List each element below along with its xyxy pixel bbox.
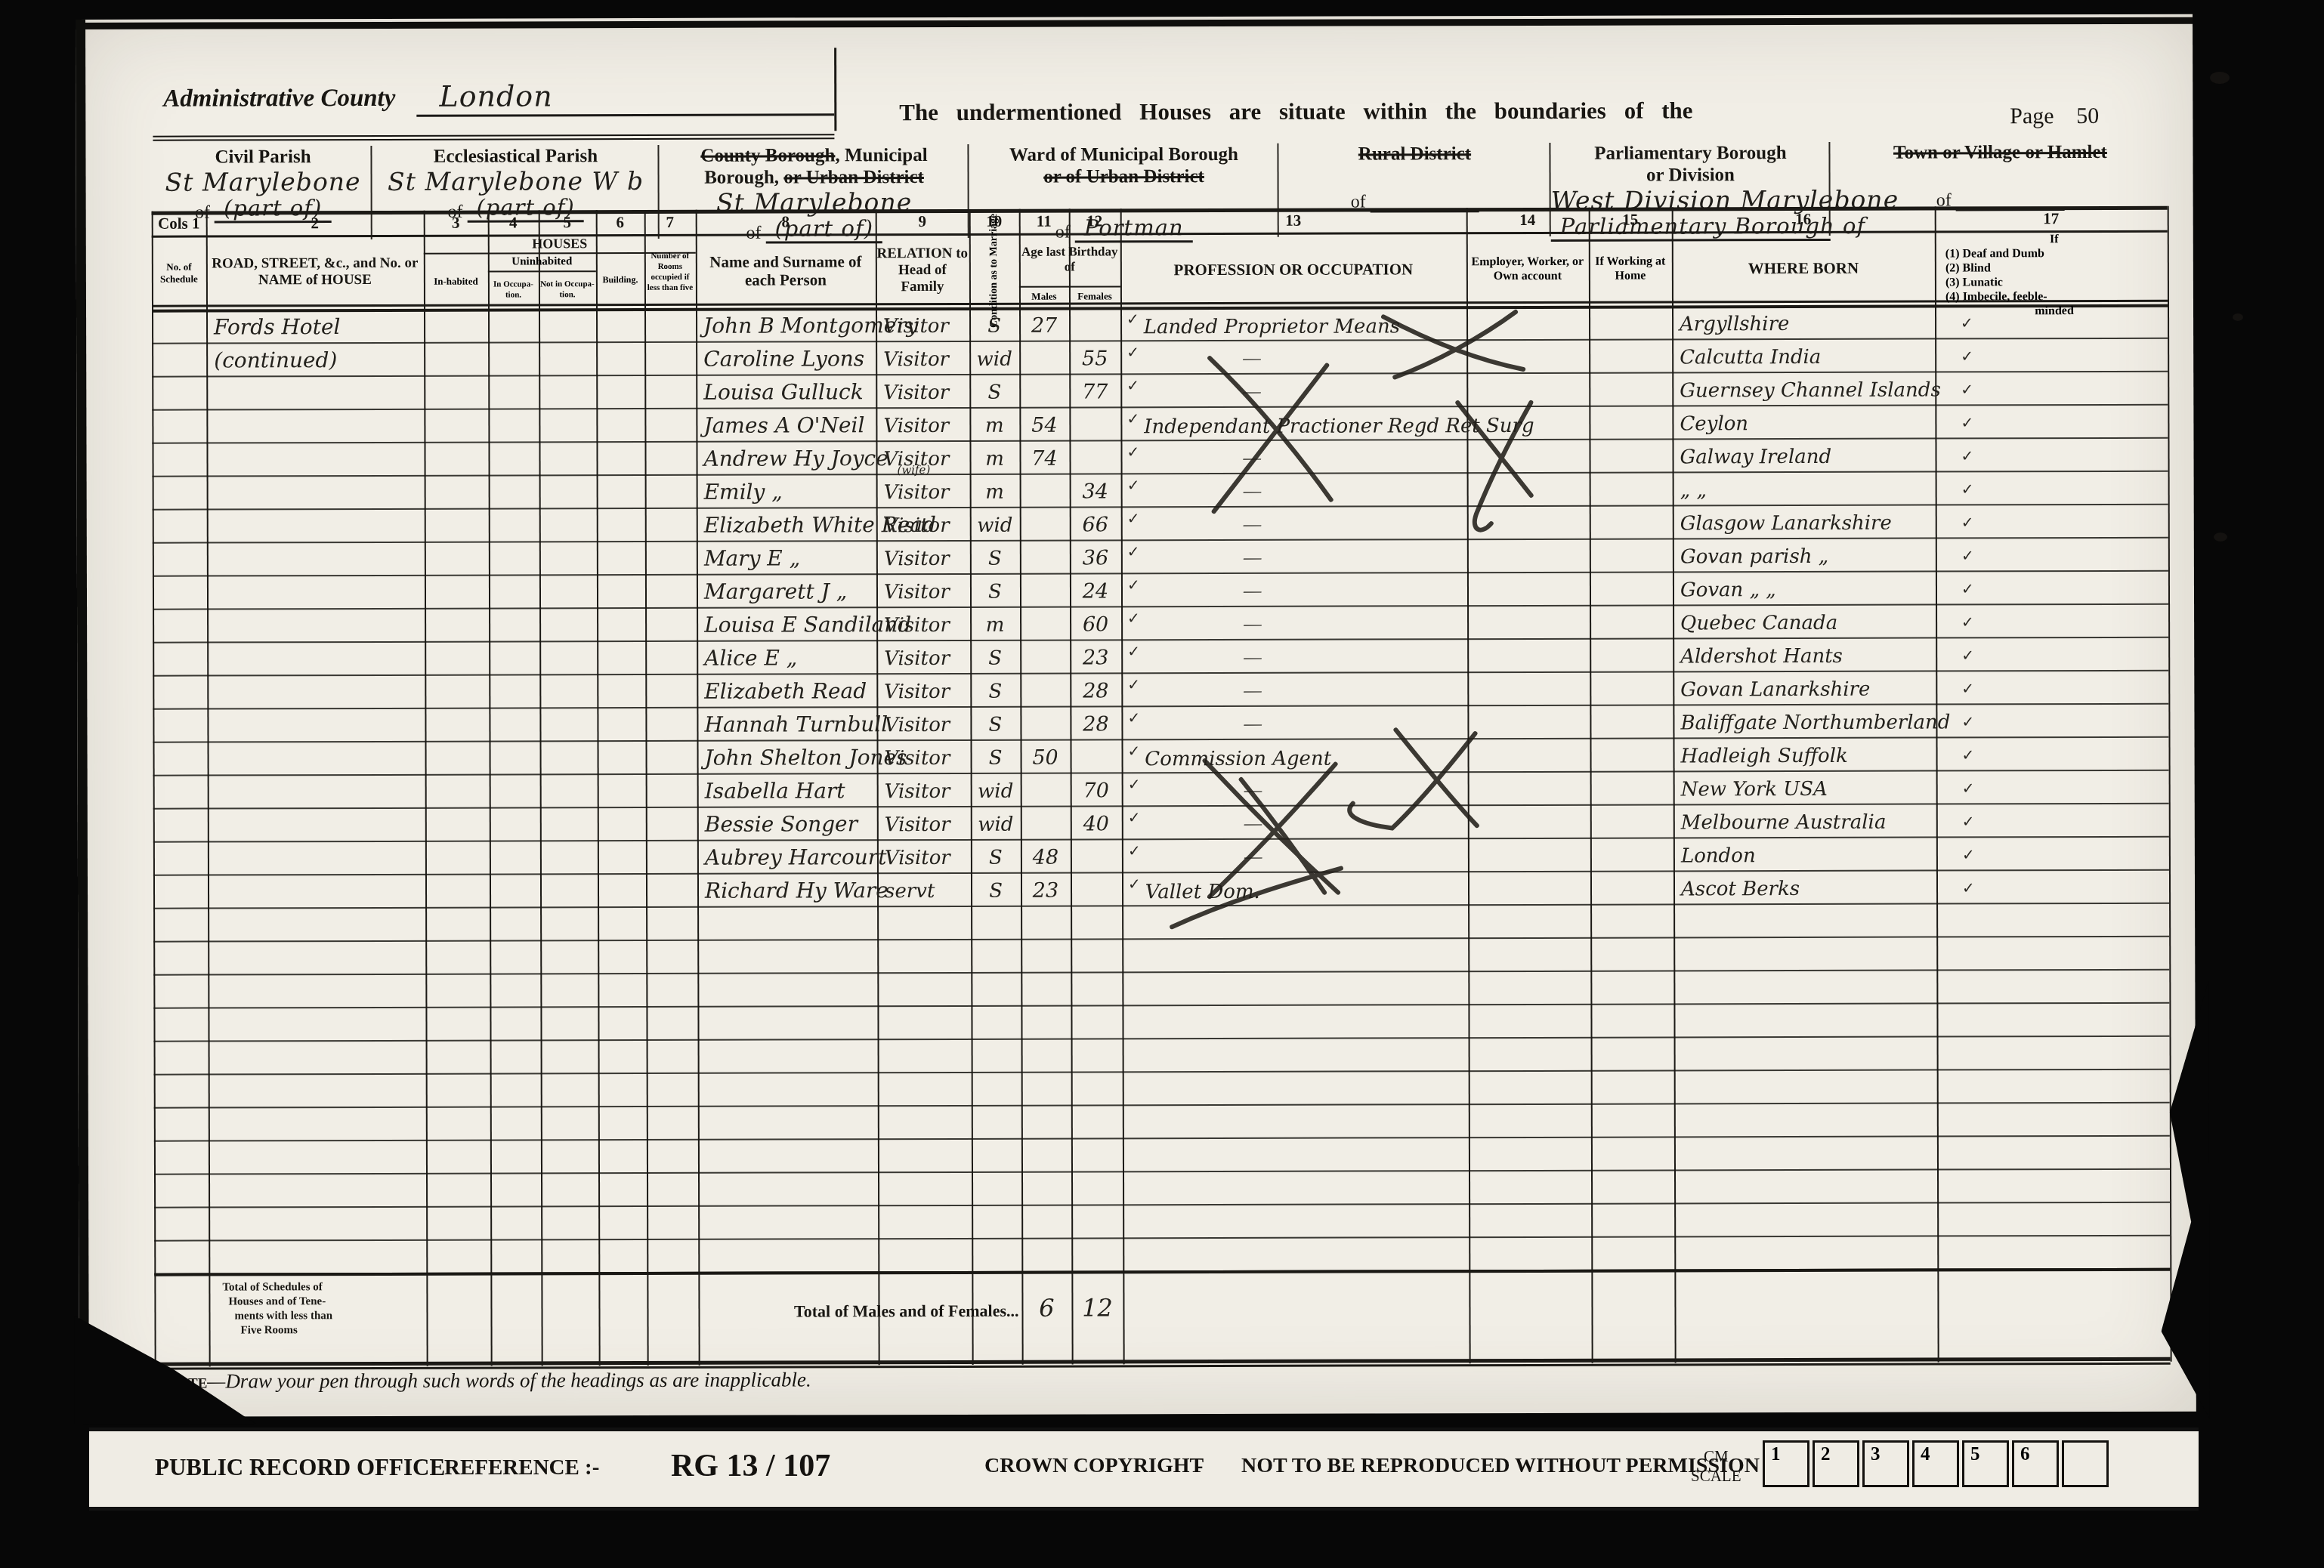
- cell-profession: ✓—: [1121, 475, 1467, 505]
- column-number-1: Cols 1: [152, 215, 206, 233]
- totals-schedules-line: Houses and of Tene-: [222, 1295, 425, 1310]
- column-header-males: Males: [1019, 288, 1069, 306]
- cell-age-male: 54: [1019, 414, 1069, 437]
- footer-scale-line: SCALE: [1691, 1466, 1741, 1486]
- cell-road: Fords Hotel: [206, 314, 424, 340]
- footer-permission: NOT TO BE REPRODUCED WITHOUT PERMISSION: [1241, 1454, 1760, 1478]
- ruler-cell-1: 1: [1763, 1440, 1809, 1487]
- cell-profession: ✓—: [1121, 708, 1467, 737]
- footer-separator: -: [1196, 1454, 1203, 1478]
- table-row: [154, 1235, 2170, 1275]
- profession-dash: —: [1243, 580, 1262, 603]
- cell-condition: m: [970, 614, 1020, 637]
- column-header-in-occupation: In Occupa-tion.: [488, 273, 539, 305]
- cell-relation: Visitor: [876, 548, 970, 570]
- cell-profession: ✓Commission Agent: [1122, 741, 1468, 770]
- cell-name: Louisa Gulluck: [696, 379, 876, 405]
- column-header-inhabited: In-habited: [424, 261, 488, 303]
- ink-speck: [2210, 72, 2230, 84]
- cell-age-female: 77: [1069, 380, 1120, 403]
- situate-line: The undermentioned Houses are situate wi…: [899, 96, 2002, 126]
- district-title-town-village: Town or Village or Hamlet: [1830, 141, 2170, 164]
- cell-where-born: Galway Ireland: [1672, 446, 1935, 469]
- district-title-segment: or of Urban District: [1043, 166, 1204, 187]
- profession-dash: —: [1242, 347, 1262, 370]
- cell-profession: ✓—: [1120, 375, 1466, 405]
- cell-name: Elizabeth Read: [697, 678, 876, 704]
- registrar-tick: ✓: [1127, 708, 1140, 727]
- cell-name: Emily „: [697, 479, 876, 505]
- profession-text: Vallet Dom.: [1145, 881, 1260, 903]
- cell-relation: Visitor: [876, 614, 970, 637]
- cell-name: James A O'Neil: [696, 412, 876, 438]
- cell-condition: wid: [971, 813, 1021, 836]
- district-title-segment: Borough,: [704, 168, 783, 188]
- cell-relation: servt: [877, 880, 971, 903]
- ruler-cell-3: 3: [1862, 1440, 1909, 1487]
- profession-dash: —: [1242, 514, 1262, 536]
- cell-relation: Visitor: [876, 714, 970, 736]
- note-text: —Draw your pen through such words of the…: [207, 1368, 811, 1392]
- profession-dash: —: [1242, 381, 1262, 403]
- cell-profession: ✓—: [1121, 508, 1467, 538]
- ruler-cell-2: 2: [1813, 1440, 1859, 1487]
- totals-males-value: 6: [1021, 1294, 1071, 1323]
- totals-males-females-label: Total of Males and of Females...: [668, 1301, 1018, 1322]
- registrar-tick: ✓: [1127, 476, 1140, 494]
- born-tick: ✓: [1961, 712, 1974, 730]
- cell-age-male: 74: [1019, 447, 1069, 471]
- ruler-cell-5: 5: [1962, 1440, 2009, 1487]
- registrar-tick: ✓: [1127, 542, 1140, 560]
- infirmity-line: (3) Lunatic: [1945, 275, 2163, 290]
- cell-profession: ✓—: [1121, 674, 1467, 704]
- ruler-cell-6: 6: [2012, 1440, 2059, 1487]
- cell-relation: Visitor: [877, 813, 971, 836]
- cell-where-born: Melbourne Australia: [1673, 811, 1936, 835]
- column-number-3: 3: [424, 214, 488, 233]
- cell-where-born: Ascot Berks: [1673, 878, 1936, 901]
- cell-profession: ✓—: [1122, 841, 1468, 870]
- cell-where-born: Glasgow Lanarkshire: [1673, 512, 1936, 536]
- column-header-building: Building.: [596, 257, 644, 302]
- column-header-at-home: If Working at Home: [1589, 236, 1672, 301]
- cell-where-born: Hadleigh Suffolk: [1673, 745, 1936, 768]
- district-title-municipal-borough: County Borough, MunicipalBorough, or Urb…: [659, 144, 969, 189]
- note-line: Note—Draw your pen through such words of…: [162, 1368, 811, 1393]
- column-number-15: 15: [1589, 210, 1672, 229]
- ink-speck: [2233, 313, 2243, 321]
- cell-age-female: 34: [1070, 480, 1121, 503]
- district-title-rural-district: Rural District: [1278, 143, 1550, 165]
- cell-name: John B Montgomery: [696, 313, 876, 338]
- cell-name: Isabella Hart: [697, 778, 877, 804]
- registrar-tick: ✓: [1128, 775, 1141, 793]
- cell-profession: ✓—: [1121, 542, 1467, 571]
- cell-where-born: Govan „ „: [1673, 579, 1936, 602]
- cell-name: Caroline Lyons: [696, 346, 876, 372]
- footer-scale-label: CMSCALE: [1691, 1446, 1741, 1486]
- column-header-where-born: WHERE BORN: [1672, 236, 1935, 301]
- cell-profession: ✓—: [1121, 608, 1467, 637]
- district-script-civil-parish: St Marylebone: [156, 169, 371, 196]
- column-header-relation: RELATION to Head of Family: [876, 238, 969, 303]
- cell-age-female: 24: [1070, 579, 1121, 603]
- cell-age-male: 27: [1019, 314, 1069, 338]
- district-title-segment: Parliamentary Borough: [1594, 143, 1786, 164]
- profession-dash: —: [1244, 813, 1263, 835]
- cell-name: John Shelton Jones: [697, 745, 877, 770]
- administrative-county-label: Administrative County: [163, 84, 395, 113]
- cell-where-born: London: [1673, 844, 1936, 868]
- cell-condition: m: [969, 415, 1019, 437]
- column-header-condition: Condition as to Marriage: [969, 233, 1019, 307]
- column-number-5: 5: [539, 213, 596, 232]
- cell-name: Bessie Songer: [697, 811, 877, 837]
- born-tick: ✓: [1961, 347, 1973, 365]
- column-header-age-group: Age last Birthday of: [1019, 237, 1120, 281]
- cell-condition: S: [971, 847, 1021, 869]
- registrar-tick: ✓: [1128, 875, 1141, 893]
- cell-age-male: 50: [1021, 746, 1071, 770]
- cell-age-female: 40: [1071, 812, 1122, 835]
- district-title-ward: Ward of Municipal Boroughor of Urban Dis…: [969, 144, 1278, 188]
- profession-dash: —: [1243, 680, 1262, 702]
- cell-age-female: 70: [1071, 779, 1122, 802]
- administrative-county-box: Administrative County London: [153, 60, 834, 140]
- column-number-9: 9: [876, 212, 969, 231]
- cell-name: Louisa E Sandiland: [697, 612, 876, 637]
- footer-office: PUBLIC RECORD OFFICE: [155, 1454, 445, 1481]
- cell-condition: wid: [970, 514, 1020, 537]
- district-title-segment: , Municipal: [835, 145, 927, 165]
- cell-relation: Visitor: [876, 415, 969, 437]
- born-tick: ✓: [1962, 878, 1975, 897]
- registrar-tick: ✓: [1127, 642, 1140, 660]
- cell-profession: ✓Vallet Dom.: [1122, 874, 1468, 903]
- cell-name: Andrew Hy Joyce: [696, 446, 876, 471]
- district-script-ecclesiastical-parish: St Marylebone W b: [372, 168, 660, 195]
- born-tick: ✓: [1961, 546, 1974, 564]
- cell-where-born: Quebec Canada: [1673, 612, 1936, 635]
- cell-condition: S: [970, 548, 1020, 570]
- cell-where-born: Baliffgate Northumberland: [1673, 711, 1936, 735]
- cell-condition: wid: [971, 780, 1021, 803]
- ruler-cell-4: 4: [1912, 1440, 1959, 1487]
- cell-name: Richard Hy Ware: [697, 878, 877, 903]
- cell-condition: S: [970, 681, 1020, 703]
- born-tick: ✓: [1961, 646, 1974, 664]
- district-title-segment: or Division: [1646, 165, 1735, 185]
- page-number: Page 50: [2010, 103, 2099, 129]
- cell-relation: Visitor: [876, 381, 969, 404]
- profession-dash: —: [1242, 480, 1262, 503]
- cell-relation: Visitor: [876, 581, 970, 603]
- cell-age-female: 36: [1070, 546, 1121, 569]
- administrative-county-value: London: [416, 79, 834, 116]
- cell-relation: Visitor: [876, 681, 970, 703]
- born-tick: ✓: [1961, 579, 1974, 597]
- cell-condition: S: [969, 315, 1019, 338]
- column-number-16: 16: [1672, 210, 1935, 230]
- column-number-7: 7: [644, 213, 696, 232]
- page-top-edge: [76, 17, 2193, 29]
- cell-name: Aubrey Harcourt: [697, 844, 877, 870]
- profession-dash: —: [1243, 613, 1262, 636]
- cell-condition: S: [969, 381, 1019, 404]
- cell-profession: ✓—: [1121, 641, 1467, 671]
- district-title-ecclesiastical-parish: Ecclesiastical Parish: [372, 145, 659, 168]
- column-number-8: 8: [696, 212, 876, 232]
- registrar-tick: ✓: [1127, 576, 1140, 594]
- footer-reference-label: REFERENCE :-: [444, 1455, 599, 1480]
- cell-age-male: 23: [1021, 879, 1071, 903]
- footer-reference-value: RG 13 / 107: [671, 1448, 830, 1484]
- cell-condition: m: [970, 481, 1020, 504]
- column-header-profession: PROFESSION OR OCCUPATION: [1120, 236, 1466, 302]
- column-number-13: 13: [1120, 211, 1466, 230]
- born-tick: ✓: [1961, 413, 1973, 431]
- profession-dash: —: [1243, 713, 1262, 736]
- column-number-4: 4: [488, 213, 539, 232]
- profession-text: Commission Agent: [1145, 748, 1331, 771]
- cell-where-born: Ceylon: [1672, 412, 1935, 436]
- footer-copyright: CROWN COPYRIGHT: [984, 1454, 1204, 1478]
- born-tick: ✓: [1962, 779, 1975, 797]
- registrar-tick: ✓: [1128, 808, 1141, 826]
- column-header-employer: Employer, Worker, or Own account: [1466, 236, 1589, 301]
- column-number-12: 12: [1069, 211, 1120, 230]
- cell-age-female: 55: [1069, 347, 1120, 370]
- cell-profession: ✓Independant Practioner Regd Ret Surg: [1120, 409, 1466, 438]
- born-tick: ✓: [1961, 613, 1974, 631]
- column-number-6: 6: [596, 213, 644, 232]
- born-tick: ✓: [1961, 313, 1973, 332]
- cell-where-born: Argyllshire: [1672, 313, 1935, 336]
- admin-box-divider: [834, 48, 836, 131]
- column-header-females: Females: [1069, 287, 1120, 305]
- born-tick: ✓: [1962, 812, 1975, 830]
- infirmity-line: (2) Blind: [1945, 261, 2163, 276]
- cell-relation: Visitor: [876, 647, 970, 670]
- column-header-schedule: No. of Schedule: [152, 242, 206, 305]
- record-office-footer: PUBLIC RECORD OFFICE REFERENCE :- RG 13 …: [89, 1428, 2199, 1511]
- column-header-uninhabited-group: Uninhabited: [488, 254, 596, 269]
- born-tick: ✓: [1962, 745, 1975, 764]
- infirmity-line: (4) Imbecile, feeble-: [1945, 289, 2163, 304]
- profession-dash: —: [1243, 647, 1262, 669]
- cell-where-born: New York USA: [1673, 778, 1936, 801]
- infirmity-line: (1) Deaf and Dumb: [1945, 246, 2163, 261]
- cell-where-born: „ „: [1673, 479, 1936, 502]
- column-header-rooms: Number of Rooms occupied if less than fi…: [644, 240, 696, 304]
- district-title-civil-parish: Civil Parish: [155, 146, 370, 168]
- cell-age-male: 48: [1021, 846, 1071, 869]
- registrar-tick: ✓: [1126, 343, 1139, 361]
- column-header-not-in-occupation: Not in Occupa-tion.: [539, 273, 596, 305]
- cell-name: Mary E „: [697, 545, 876, 571]
- column-number-11: 11: [1019, 212, 1069, 231]
- census-form-page: Administrative County London The underme…: [76, 14, 2196, 1417]
- profession-dash: —: [1243, 779, 1262, 802]
- ink-speck: [2214, 532, 2227, 542]
- district-title-segment: Civil Parish: [215, 147, 311, 167]
- cell-profession: ✓—: [1120, 442, 1466, 471]
- born-tick: ✓: [1961, 679, 1974, 697]
- cell-profession: ✓—: [1120, 342, 1466, 372]
- registrar-tick: ✓: [1127, 675, 1140, 693]
- cell-condition: S: [971, 880, 1021, 903]
- cell-name: Hannah Turnbull: [697, 711, 876, 737]
- cell-road: (continued): [206, 347, 424, 373]
- cell-relation: Visitor: [876, 315, 969, 338]
- cell-name: Margarett J „: [697, 579, 876, 604]
- cell-relation: Visitor: [876, 481, 970, 504]
- totals-schedules-label: Total of Schedules ofHouses and of Tene-…: [222, 1280, 425, 1338]
- totals-schedules-line: ments with less than: [222, 1309, 425, 1324]
- column-header-name: Name and Surname of each Person: [696, 238, 876, 304]
- cell-condition: S: [970, 647, 1020, 670]
- totals-schedules-line: Five Rooms: [223, 1323, 425, 1338]
- cell-profession: ✓—: [1122, 807, 1468, 837]
- born-tick: ✓: [1961, 480, 1974, 498]
- cell-age-female: 23: [1070, 646, 1121, 669]
- cell-relation: Visitor: [876, 348, 969, 371]
- uninhabited-underline: [488, 270, 596, 272]
- column-header-road: ROAD, STREET, &c., and No. or NAME of HO…: [206, 239, 424, 305]
- cell-profession: ✓—: [1122, 774, 1468, 804]
- cell-name: Elizabeth White Read: [697, 512, 876, 538]
- profession-dash: —: [1243, 547, 1262, 569]
- cell-relation: Visitor: [877, 847, 971, 869]
- cell-condition: S: [970, 714, 1020, 736]
- registrar-tick: ✓: [1127, 609, 1140, 627]
- district-title-parliamentary-borough: Parliamentary Boroughor Division: [1550, 142, 1830, 187]
- ruler-cell-end: [2062, 1440, 2109, 1487]
- cell-condition: S: [971, 747, 1021, 770]
- column-number-17: 17: [1935, 209, 2168, 229]
- totals-schedules-line: Total of Schedules of: [222, 1280, 425, 1295]
- profession-text: Independant Practioner Regd Ret Surg: [1144, 415, 1534, 438]
- registrar-tick: ✓: [1126, 409, 1139, 427]
- registrar-tick: ✓: [1126, 310, 1139, 328]
- cell-where-born: Guernsey Channel Islands: [1672, 379, 1935, 403]
- cell-profession: ✓Landed Proprietor Means: [1120, 309, 1466, 338]
- district-title-segment: Rural District: [1358, 144, 1471, 164]
- born-tick: ✓: [1961, 380, 1973, 398]
- scanned-census-page: Administrative County London The underme…: [0, 0, 2324, 1568]
- district-title-segment: Ecclesiastical Parish: [434, 146, 598, 167]
- cell-name: Alice E „: [697, 645, 876, 671]
- page-left-edge: [76, 20, 89, 1326]
- cell-where-born: Govan parish „: [1673, 545, 1936, 569]
- district-title-segment: Ward of Municipal Borough: [1009, 144, 1238, 165]
- born-tick: ✓: [1961, 513, 1974, 531]
- profession-dash: —: [1242, 447, 1262, 470]
- cell-relation-note: (wife): [898, 463, 991, 477]
- cell-where-born: Aldershot Hants: [1673, 645, 1936, 668]
- cell-relation: Visitor: [877, 780, 971, 803]
- footer-scale-line: CM: [1691, 1446, 1741, 1466]
- district-title-segment: County Borough: [700, 145, 835, 165]
- registrar-tick: ✓: [1128, 841, 1141, 860]
- cell-age-female: 28: [1070, 712, 1121, 736]
- cell-age-female: 66: [1070, 513, 1121, 536]
- cell-condition: wid: [969, 348, 1019, 371]
- cell-relation: Visitor: [876, 514, 970, 537]
- profession-dash: —: [1244, 846, 1263, 869]
- infirmity-line: If: [1945, 232, 2163, 247]
- cell-profession: ✓—: [1121, 575, 1467, 604]
- cell-relation: Visitor: [877, 747, 971, 770]
- registrar-tick: ✓: [1127, 509, 1140, 527]
- born-tick: ✓: [1961, 446, 1973, 465]
- column-number-14: 14: [1466, 211, 1589, 230]
- registrar-tick: ✓: [1126, 443, 1139, 461]
- registrar-tick: ✓: [1128, 742, 1141, 760]
- district-title-segment: or Urban District: [783, 167, 924, 187]
- column-number-2: 2: [206, 214, 424, 233]
- cell-where-born: Govan Lanarkshire: [1673, 678, 1936, 702]
- cell-age-female: 60: [1070, 613, 1121, 636]
- cell-condition: S: [970, 581, 1020, 603]
- registrar-tick: ✓: [1126, 376, 1139, 394]
- cell-age-female: 28: [1070, 679, 1121, 702]
- district-title-segment: Town or Village or Hamlet: [1893, 142, 2107, 163]
- profession-text: Landed Proprietor Means: [1144, 315, 1400, 338]
- cell-where-born: Calcutta India: [1672, 346, 1935, 369]
- totals-females-value: 12: [1071, 1293, 1123, 1322]
- born-tick: ✓: [1962, 845, 1975, 863]
